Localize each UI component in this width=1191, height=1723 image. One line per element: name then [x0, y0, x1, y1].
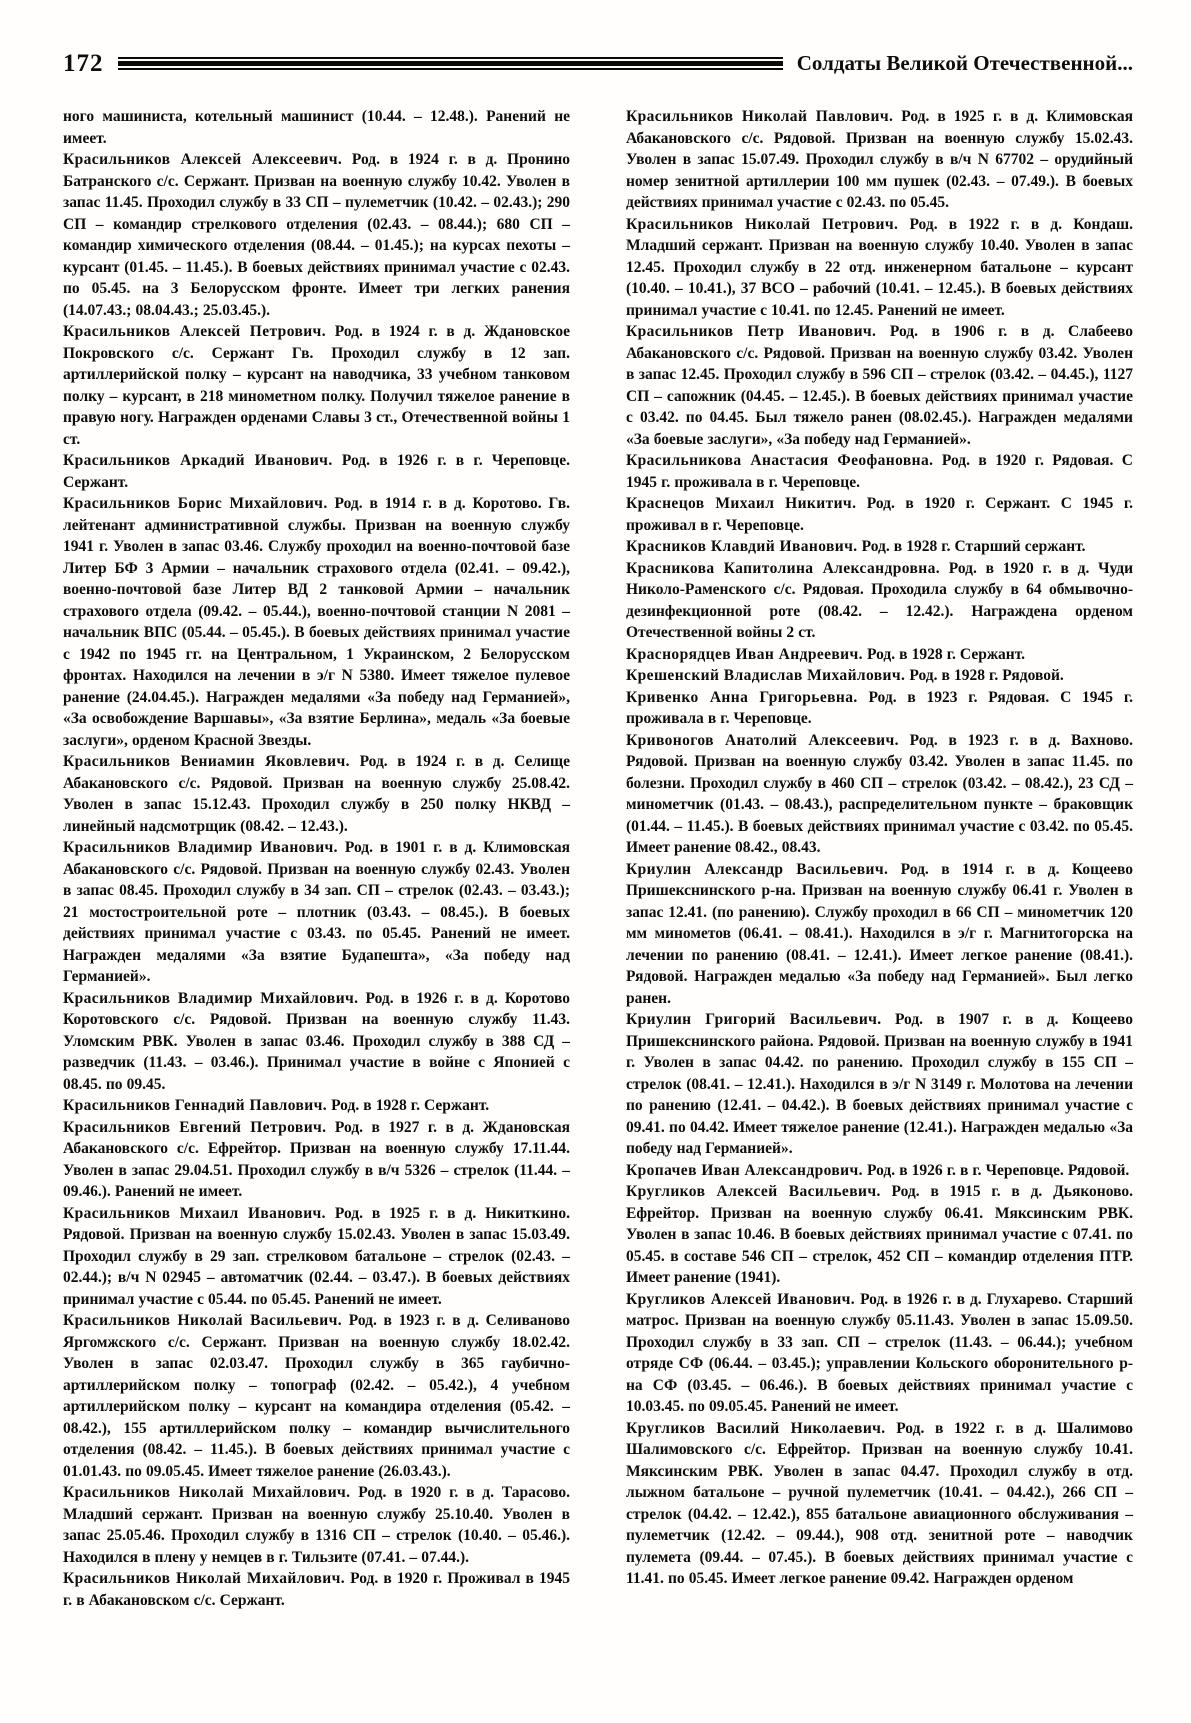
soldier-name: Красильников Николай Павлович.: [626, 108, 893, 125]
soldier-entry: Красильников Вениамин Яковлевич. Род. в …: [63, 751, 570, 837]
soldier-name: Красильников Борис Михайлович.: [63, 495, 328, 512]
soldier-entry: Красильников Борис Михайлович. Род. в 19…: [63, 493, 570, 751]
soldier-entry: Кропачев Иван Александрович. Род. в 1926…: [626, 1160, 1133, 1182]
soldier-entry: Криулин Александр Васильевич. Род. в 191…: [626, 859, 1133, 1010]
soldier-name: Кривоногов Анатолий Алексеевич.: [626, 732, 899, 749]
soldier-entry: Красильников Владимир Иванович. Род. в 1…: [63, 837, 570, 988]
soldier-entry: Красильников Николай Петрович. Род. в 19…: [626, 214, 1133, 322]
soldier-entry: ного машиниста, котельный машинист (10.4…: [63, 106, 570, 149]
soldier-name: Красильников Петр Иванович.: [626, 323, 876, 340]
soldier-entry: Кругликов Василий Николаевич. Род. в 192…: [626, 1418, 1133, 1590]
soldier-entry: Красильников Николай Михайлович. Род. в …: [63, 1568, 570, 1611]
soldier-entry: Кривоногов Анатолий Алексеевич. Род. в 1…: [626, 730, 1133, 859]
soldier-name: Красильников Вениамин Яковлевич.: [63, 753, 350, 770]
soldier-name: Красильников Владимир Михайлович.: [63, 990, 358, 1007]
soldier-entry: Красильников Михаил Иванович. Род. в 192…: [63, 1203, 570, 1311]
page-header: 172 Солдаты Великой Отечественной...: [63, 46, 1133, 80]
soldier-entry: Кругликов Алексей Васильевич. Род. в 191…: [626, 1181, 1133, 1289]
soldier-entry: Криулин Григорий Васильевич. Род. в 1907…: [626, 1009, 1133, 1160]
soldier-name: Кривенко Анна Григорьевна.: [626, 689, 858, 706]
soldier-name: Кругликов Алексей Иванович.: [626, 1291, 855, 1308]
soldier-name: Красильников Михаил Иванович.: [63, 1205, 326, 1222]
soldier-name: Кропачев Иван Александрович.: [626, 1162, 863, 1179]
soldier-entry: Красильников Алексей Алексеевич. Род. в …: [63, 149, 570, 321]
soldier-entry: Красильников Алексей Петрович. Род. в 19…: [63, 321, 570, 450]
running-title: Солдаты Великой Отечественной...: [797, 53, 1133, 74]
soldier-name: Криулин Александр Васильевич.: [626, 861, 888, 878]
soldier-name: Красильников Николай Михайлович.: [63, 1570, 345, 1587]
soldier-name: Краснецов Михаил Никитич.: [626, 495, 856, 512]
soldier-entry: Краснецов Михаил Никитич. Род. в 1920 г.…: [626, 493, 1133, 536]
soldier-name: Крешенский Владислав Михайлович.: [626, 667, 905, 684]
soldier-name: Красильников Алексей Петрович.: [63, 323, 326, 340]
soldier-entry: Красникова Капитолина Александровна. Род…: [626, 558, 1133, 644]
soldier-entry: Красильников Николай Васильевич. Род. в …: [63, 1310, 570, 1482]
soldier-entry: Красильников Николай Михайлович. Род. в …: [63, 1482, 570, 1568]
soldier-name: Красильников Владимир Иванович.: [63, 839, 338, 856]
header-rule: [118, 56, 783, 71]
soldier-entry: Красильников Евгений Петрович. Род. в 19…: [63, 1117, 570, 1203]
soldier-name: Краснорядцев Иван Андреевич.: [626, 646, 863, 663]
soldier-name: Красильников Аркадий Иванович.: [63, 452, 333, 469]
soldier-entry: Крешенский Владислав Михайлович. Род. в …: [626, 665, 1133, 687]
soldier-name: Красильников Алексей Алексеевич.: [63, 151, 342, 168]
soldier-name: Кругликов Алексей Васильевич.: [626, 1183, 881, 1200]
right-column: Красильников Николай Павлович. Род. в 19…: [626, 106, 1133, 1611]
text-columns: ного машиниста, котельный машинист (10.4…: [63, 106, 1133, 1611]
soldier-entry: Красильников Петр Иванович. Род. в 1906 …: [626, 321, 1133, 450]
soldier-entry: Кругликов Алексей Иванович. Род. в 1926 …: [626, 1289, 1133, 1418]
soldier-name: Красильников Николай Васильевич.: [63, 1312, 342, 1329]
soldier-name: Красильникова Анастасия Феофановна.: [626, 452, 933, 469]
soldier-name: Криулин Григорий Васильевич.: [626, 1011, 882, 1028]
soldier-name: Красильников Николай Михайлович.: [63, 1484, 350, 1501]
soldier-name: Красников Клавдий Иванович.: [626, 538, 858, 555]
soldier-entry: Красильникова Анастасия Феофановна. Род.…: [626, 450, 1133, 493]
soldier-name: Кругликов Василий Николаевич.: [626, 1420, 886, 1437]
page-number: 172: [63, 51, 104, 76]
soldier-name: Красникова Капитолина Александровна.: [626, 560, 940, 577]
soldier-name: Красильников Николай Петрович.: [626, 216, 898, 233]
soldier-entry: Краснорядцев Иван Андреевич. Род. в 1928…: [626, 644, 1133, 666]
soldier-entry: Красильников Владимир Михайлович. Род. в…: [63, 988, 570, 1096]
soldier-entry: Кривенко Анна Григорьевна. Род. в 1923 г…: [626, 687, 1133, 730]
soldier-name: Красильников Геннадий Павлович.: [63, 1097, 327, 1114]
soldier-entry: Красильников Геннадий Павлович. Род. в 1…: [63, 1095, 570, 1117]
soldier-entry: Красников Клавдий Иванович. Род. в 1928 …: [626, 536, 1133, 558]
soldier-entry: Красильников Николай Павлович. Род. в 19…: [626, 106, 1133, 214]
soldier-name: Красильников Евгений Петрович.: [63, 1119, 326, 1136]
soldier-entry: Красильников Аркадий Иванович. Род. в 19…: [63, 450, 570, 493]
left-column: ного машиниста, котельный машинист (10.4…: [63, 106, 570, 1611]
book-page: 172 Солдаты Великой Отечественной... ног…: [0, 0, 1191, 1723]
